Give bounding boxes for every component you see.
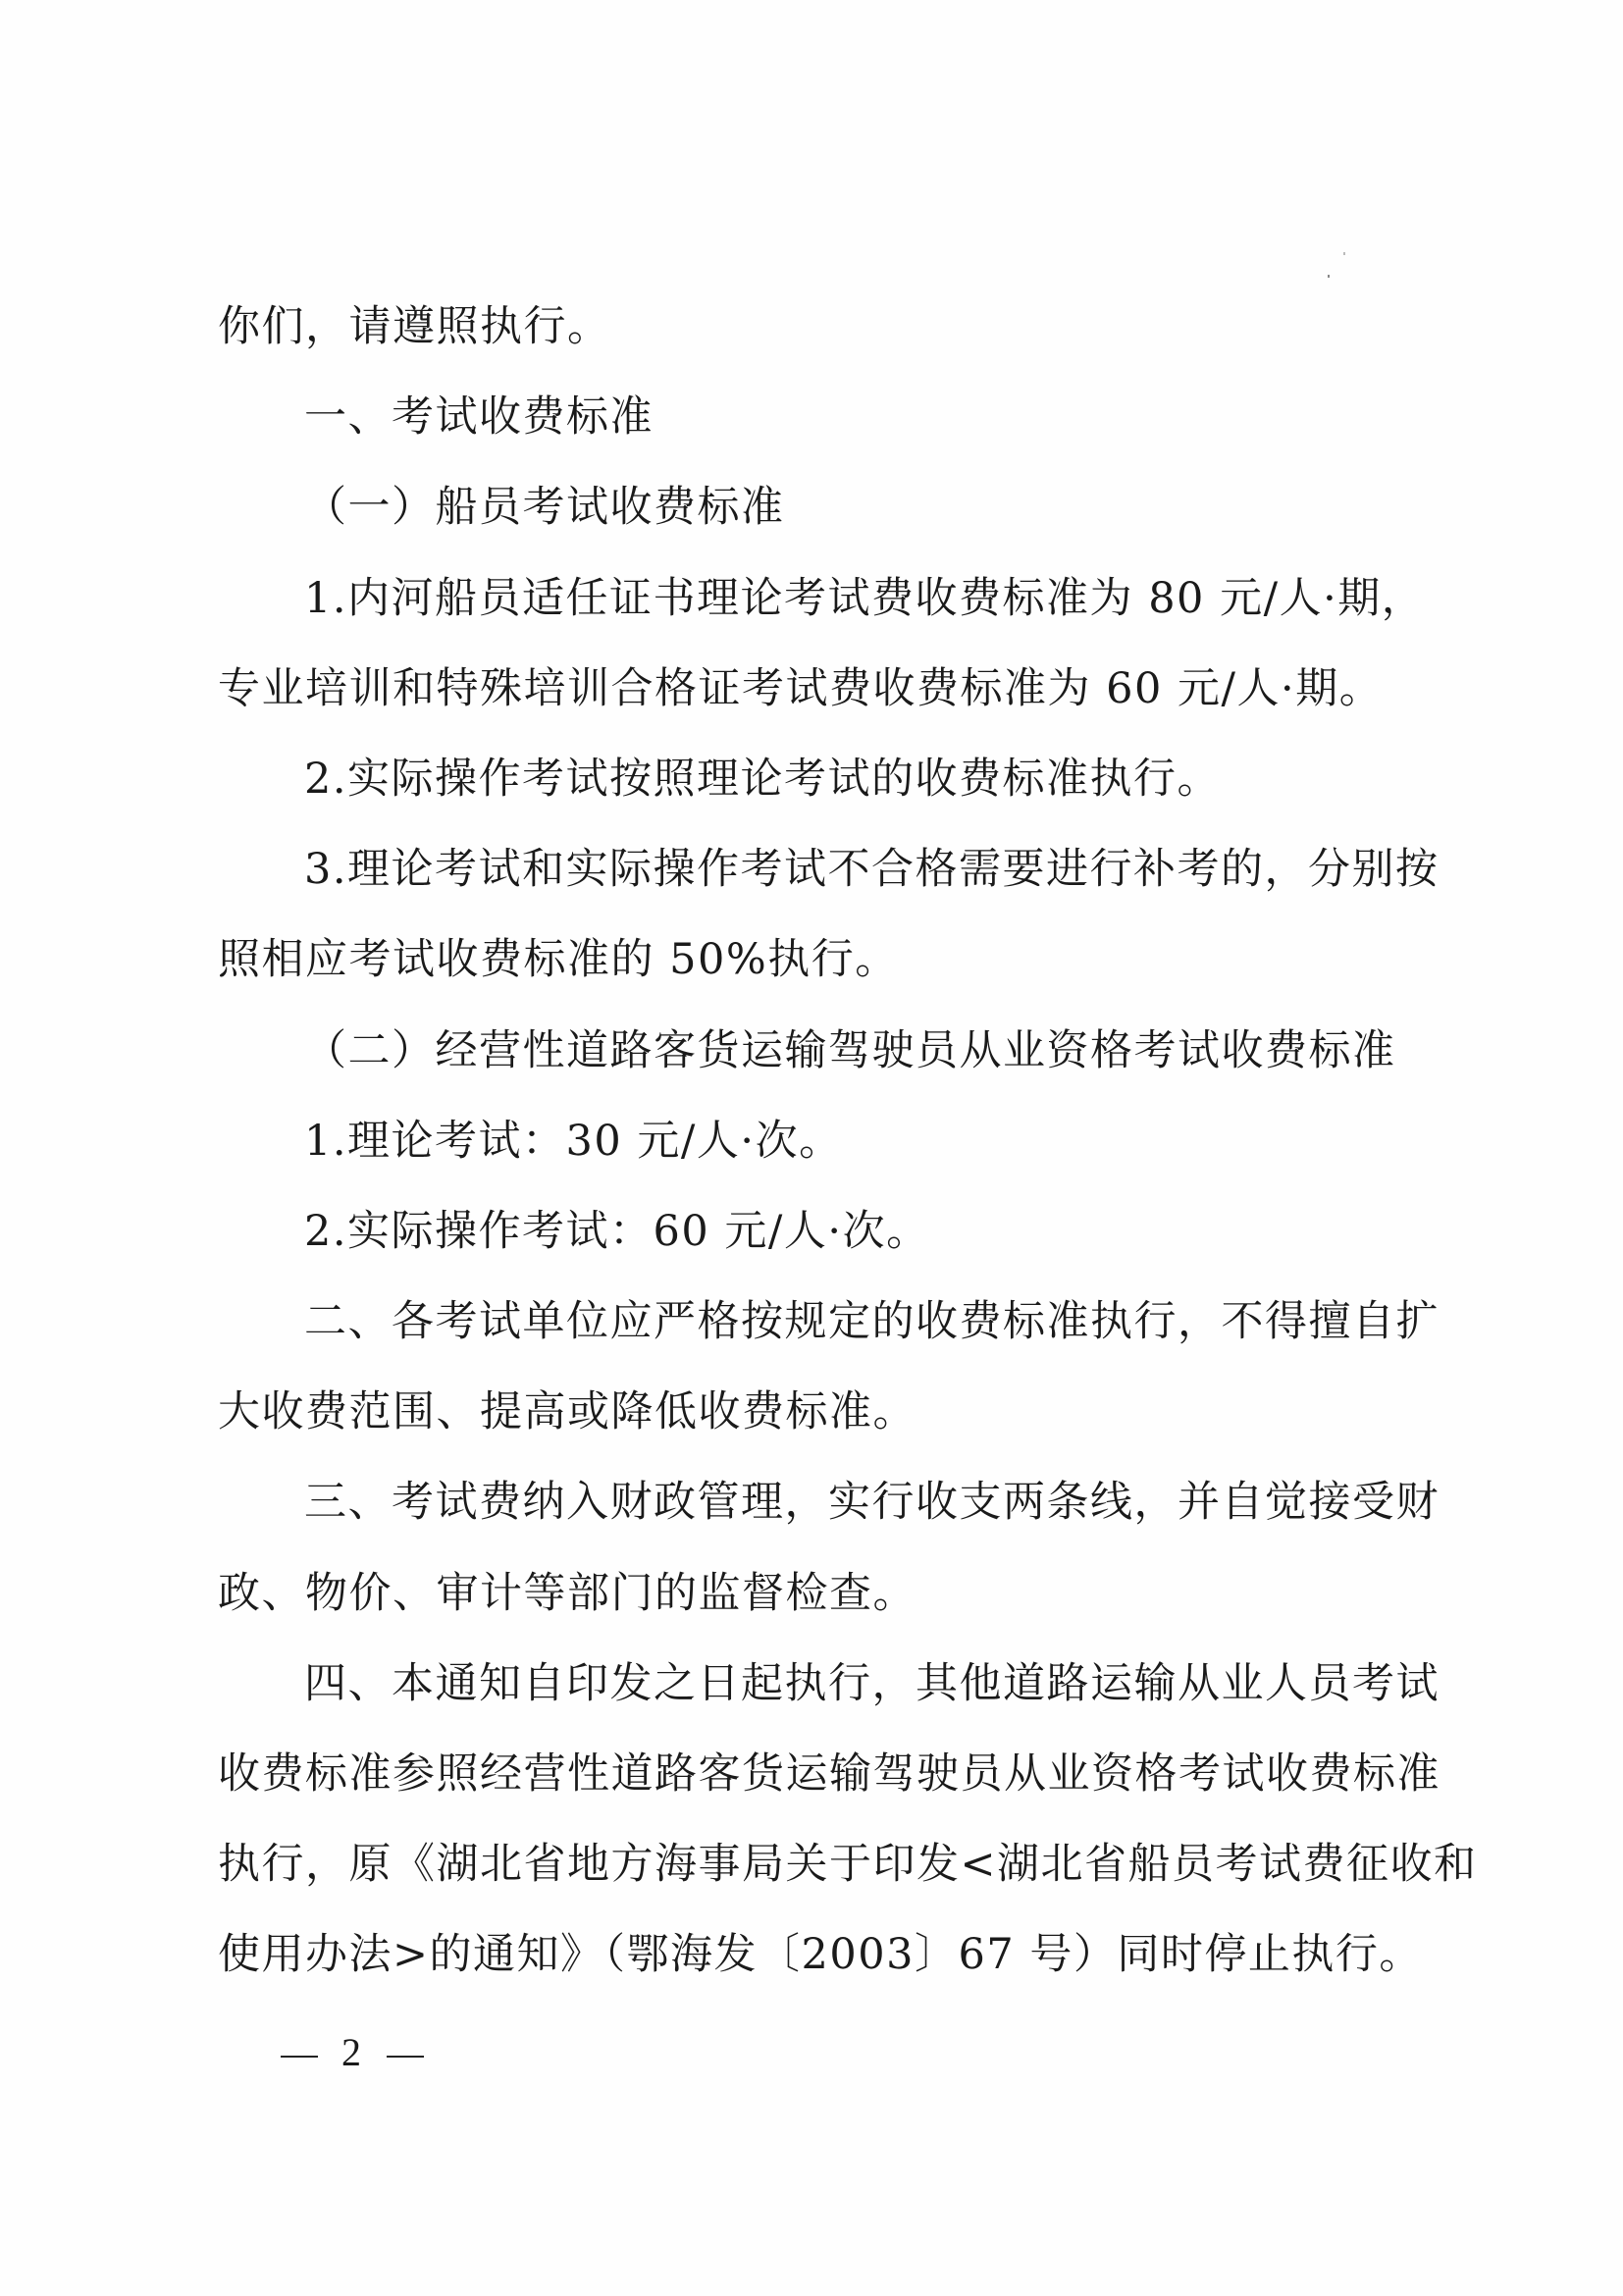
page-number-value: 2 bbox=[341, 2030, 363, 2074]
scan-speck bbox=[1343, 252, 1345, 255]
item-1-2: 2.实际操作考试按照理论考试的收费标准执行。 bbox=[218, 747, 1427, 837]
item-1-1-line-1: 1.内河船员适任证书理论考试费收费标准为 80 元/人·期， bbox=[218, 566, 1427, 656]
section-4-line-1: 四、本通知自印发之日起执行，其他道路运输从业人员考试 bbox=[218, 1651, 1427, 1742]
item-2-2: 2.实际操作考试：60 元/人·次。 bbox=[218, 1199, 1427, 1289]
section-heading-1: 一、考试收费标准 bbox=[218, 385, 1427, 475]
item-1-3-line-2: 照相应考试收费标准的 50%执行。 bbox=[218, 927, 1427, 1018]
section-2-line-2: 大收费范围、提高或降低收费标准。 bbox=[218, 1380, 1427, 1470]
document-body: 你们，请遵照执行。 一、考试收费标准 （一）船员考试收费标准 1.内河船员适任证… bbox=[218, 294, 1427, 2013]
page-number: 2 bbox=[257, 2029, 447, 2075]
section-3-line-1: 三、考试费纳入财政管理，实行收支两条线，并自觉接受财 bbox=[218, 1470, 1427, 1560]
item-1-1-line-2: 专业培训和特殊培训合格证考试费收费标准为 60 元/人·期。 bbox=[218, 656, 1427, 747]
dash-left bbox=[281, 2056, 318, 2058]
section-4-line-4: 使用办法>的通知》（鄂海发〔2003〕67 号）同时停止执行。 bbox=[218, 1922, 1427, 2012]
section-4-line-2: 收费标准参照经营性道路客货运输驾驶员从业资格考试收费标准 bbox=[218, 1742, 1427, 1832]
item-1-3-line-1: 3.理论考试和实际操作考试不合格需要进行补考的，分别按 bbox=[218, 837, 1427, 927]
dash-right bbox=[387, 2056, 424, 2058]
subsection-heading-1: （一）船员考试收费标准 bbox=[218, 475, 1427, 565]
section-4-line-3: 执行，原《湖北省地方海事局关于印发<湖北省船员考试费征收和 bbox=[218, 1832, 1427, 1922]
document-page: 你们，请遵照执行。 一、考试收费标准 （一）船员考试收费标准 1.内河船员适任证… bbox=[0, 0, 1623, 2296]
section-2-line-1: 二、各考试单位应严格按规定的收费标准执行，不得擅自扩 bbox=[218, 1289, 1427, 1380]
paragraph-line-continuation: 你们，请遵照执行。 bbox=[218, 294, 1427, 385]
item-2-1: 1.理论考试：30 元/人·次。 bbox=[218, 1109, 1427, 1199]
scan-speck bbox=[1328, 275, 1330, 278]
subsection-heading-2: （二）经营性道路客货运输驾驶员从业资格考试收费标准 bbox=[218, 1018, 1427, 1109]
section-3-line-2: 政、物价、审计等部门的监督检查。 bbox=[218, 1561, 1427, 1651]
